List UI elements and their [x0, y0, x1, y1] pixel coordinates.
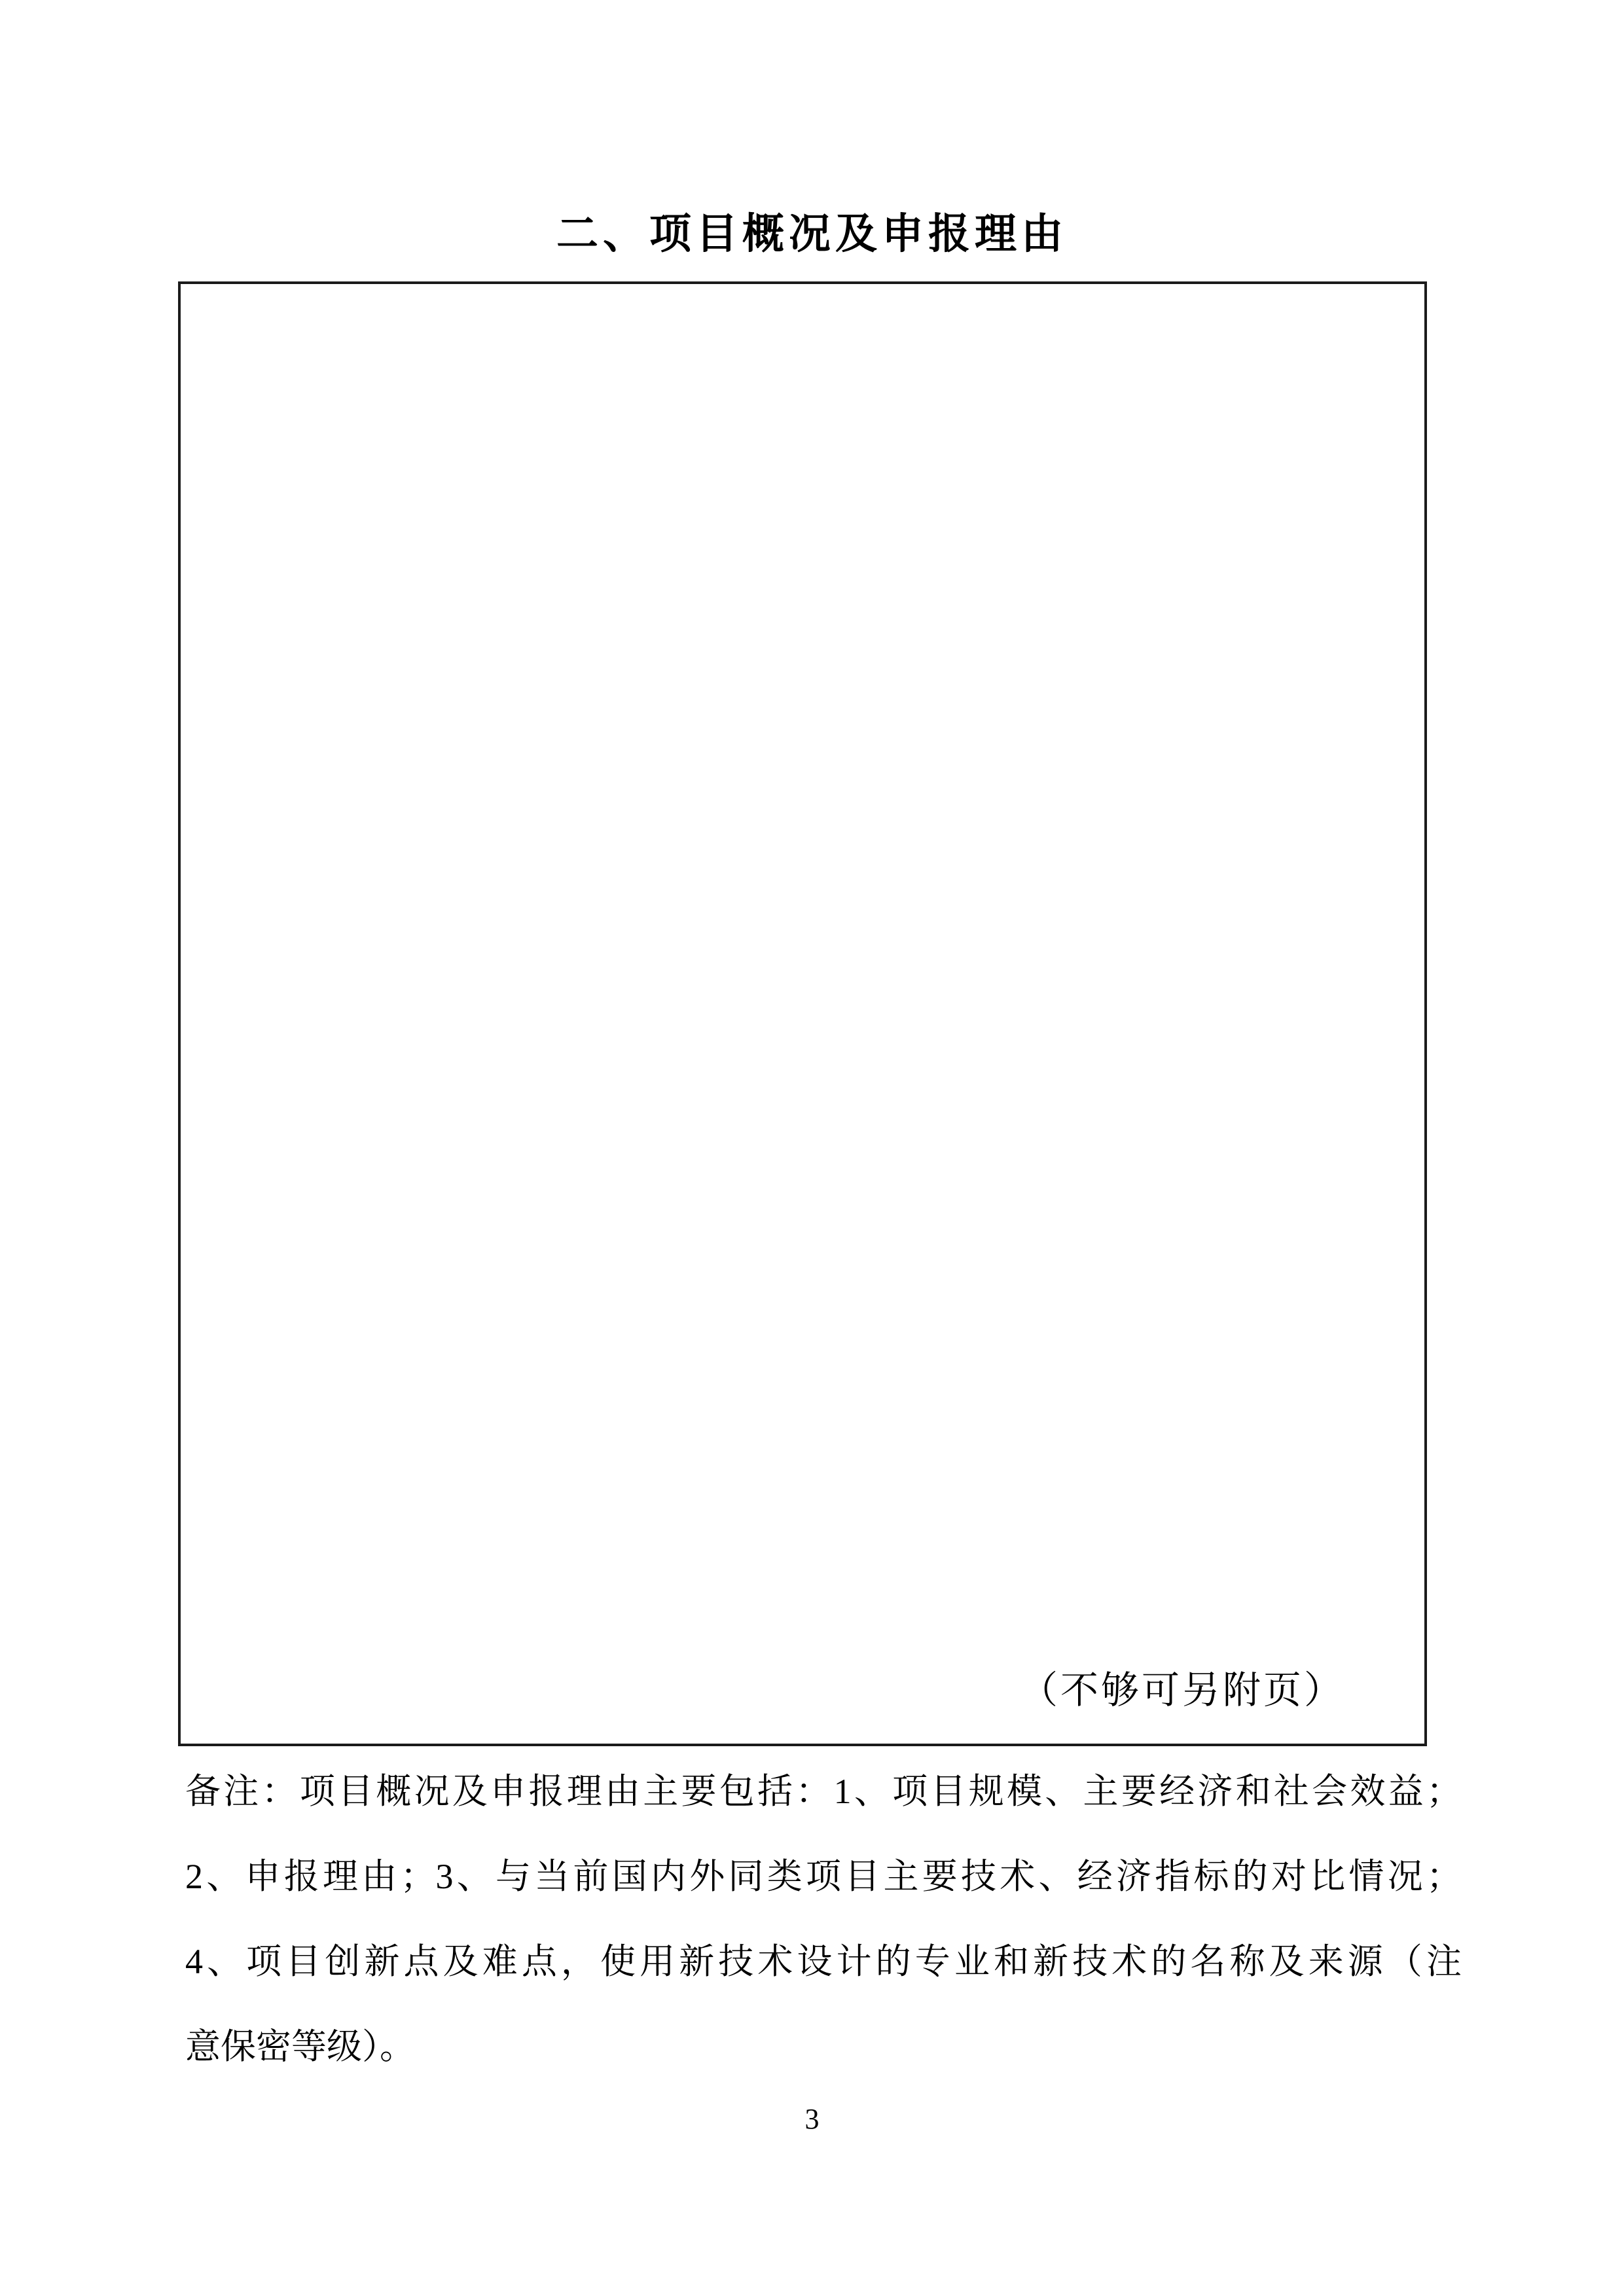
remarks-paragraph: 备注：项目概况及申报理由主要包括：1、项目规模、主要经济和社会效益； 2、申报理…	[185, 1749, 1462, 2089]
project-overview-entry-box: （不够可另附页）	[178, 281, 1427, 1746]
remarks-line-2: 2、申报理由；3、与当前国内外同类项目主要技术、经济指标的对比情况；	[185, 1834, 1462, 1919]
page-number: 3	[0, 2102, 1624, 2136]
remarks-line-3: 4、项目创新点及难点，使用新技术设计的专业和新技术的名称及来源（注	[185, 1919, 1462, 2004]
attachment-allowed-note: （不够可另附页）	[1020, 1668, 1344, 1713]
remarks-line-4: 意保密等级）。	[185, 2004, 1462, 2089]
remarks-line-1: 备注：项目概况及申报理由主要包括：1、项目规模、主要经济和社会效益；	[185, 1749, 1462, 1834]
section-title: 二、项目概况及申报理由	[0, 208, 1624, 259]
form-page: 二、项目概况及申报理由 （不够可另附页） 备注：项目概况及申报理由主要包括：1、…	[0, 0, 1624, 2296]
